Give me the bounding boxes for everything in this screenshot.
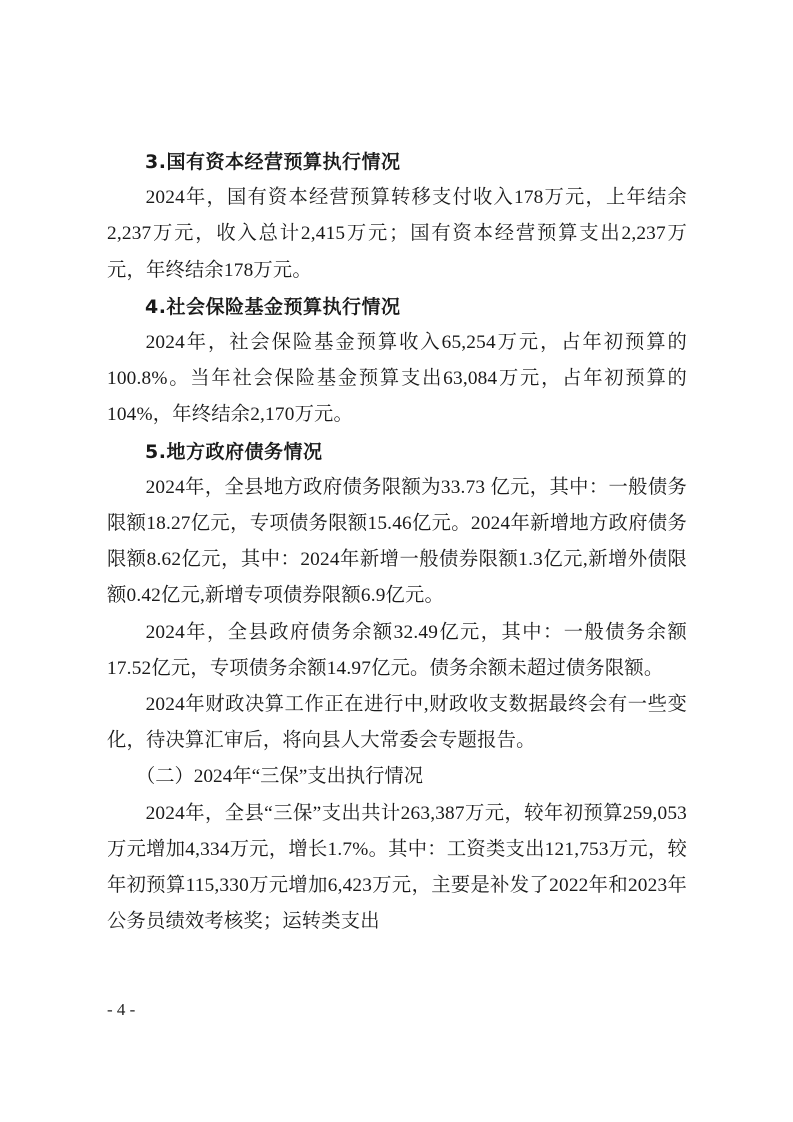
section-heading-social-insurance: 4.社会保险基金预算执行情况 bbox=[107, 289, 687, 325]
page-number: - 4 - bbox=[107, 1000, 135, 1020]
section-heading-state-capital: 3.国有资本经营预算执行情况 bbox=[107, 144, 687, 180]
paragraph-final-accounts-note: 2024年财政决算工作正在进行中,财政收支数据最终会有一些变化，待决算汇审后，将… bbox=[107, 687, 687, 759]
document-page: 3.国有资本经营预算执行情况 2024年，国有资本经营预算转移支付收入178万元… bbox=[107, 144, 687, 940]
subsection-heading-three-guarantees: （二）2024年“三保”支出执行情况 bbox=[107, 759, 687, 795]
paragraph-social-insurance: 2024年，社会保险基金预算收入65,254万元，占年初预算的100.8%。当年… bbox=[107, 325, 687, 434]
section-heading-local-debt: 5.地方政府债务情况 bbox=[107, 434, 687, 470]
paragraph-state-capital: 2024年，国有资本经营预算转移支付收入178万元，上年结余2,237万元，收入… bbox=[107, 180, 687, 289]
paragraph-debt-limit: 2024年，全县地方政府债务限额为33.73 亿元，其中：一般债务限额18.27… bbox=[107, 470, 687, 615]
paragraph-debt-balance: 2024年，全县政府债务余额32.49亿元，其中：一般债务余额17.52亿元，专… bbox=[107, 615, 687, 687]
paragraph-three-guarantees: 2024年，全县“三保”支出共计263,387万元，较年初预算259,053万元… bbox=[107, 796, 687, 941]
